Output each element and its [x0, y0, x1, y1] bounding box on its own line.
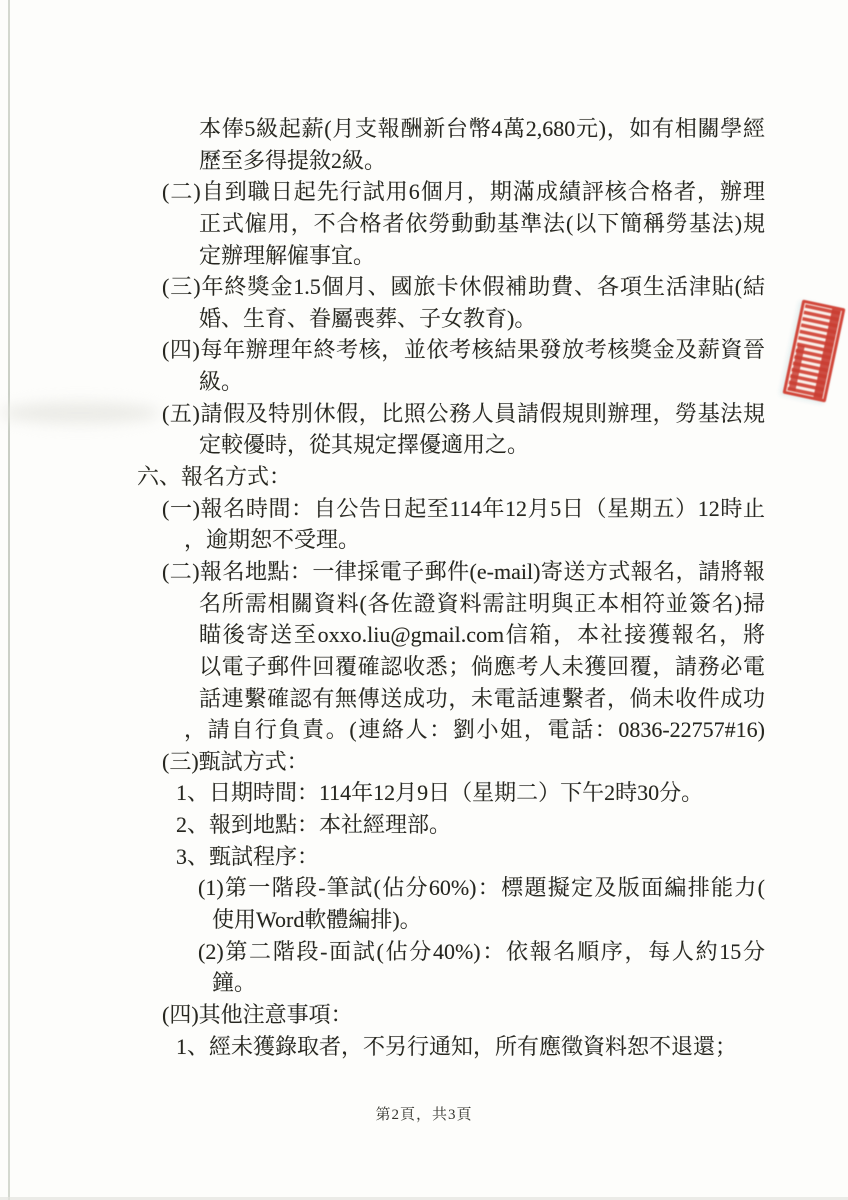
doc-line: (二)自到職日起先行試用6個月，期滿成績評核合格者，辦理 [162, 176, 765, 208]
doc-line: 瞄後寄送至oxxo.liu@gmail.com信箱，本社接獲報名，將 [199, 619, 765, 651]
doc-line: 鐘。 [212, 967, 848, 999]
doc-line: 話連繫確認有無傳送成功，未電話連繫者，倘未收件成功 [199, 683, 765, 715]
doc-line: (三)年終獎金1.5個月、國旅卡休假補助費、各項生活津貼(結 [162, 271, 765, 303]
doc-line: ，逾期恕不受理。 [184, 524, 848, 556]
document-body: 本俸5級起薪(月支報酬新台幣4萬2,680元)，如有相關學經 歷至多得提敘2級。… [0, 113, 848, 1062]
doc-line: 級。 [199, 366, 848, 398]
scanned-page: 本俸5級起薪(月支報酬新台幣4萬2,680元)，如有相關學經 歷至多得提敘2級。… [0, 0, 848, 1200]
doc-line: (三)甄試方式： [162, 746, 848, 778]
doc-line: 名所需相關資料(各佐證資料需註明與正本相符並簽名)掃 [199, 588, 765, 620]
doc-line: (五)請假及特別休假，比照公務人員請假規則辦理，勞基法規 [162, 398, 765, 430]
doc-line: 以電子郵件回覆確認收悉；倘應考人未獲回覆，請務必電 [199, 651, 765, 683]
doc-line: 1、經未獲錄取者，不另行通知，所有應徵資料恕不退還； [176, 1031, 848, 1063]
doc-line: 本俸5級起薪(月支報酬新台幣4萬2,680元)，如有相關學經 [199, 113, 765, 145]
doc-line: ，請自行負責。(連絡人：劉小姐，電話：0836-22757#16) [184, 714, 765, 746]
doc-line: (2)第二階段-面試(佔分40%)：依報名順序，每人約15分 [198, 936, 765, 968]
doc-line: (四)每年辦理年終考核，並依考核結果發放考核獎金及薪資晉 [162, 334, 765, 366]
doc-line: 3、甄試程序： [176, 841, 848, 873]
page-footer: 第2頁，共3頁 [0, 1103, 848, 1127]
doc-line: 婚、生育、眷屬喪葬、子女教育)。 [199, 303, 848, 335]
doc-line: (1)第一階段-筆試(佔分60%)：標題擬定及版面編排能力( [198, 872, 765, 904]
doc-line: 定辦理解僱事宜。 [199, 240, 848, 272]
doc-line: (四)其他注意事項： [162, 999, 848, 1031]
doc-line: 定較優時，從其規定擇優適用之。 [199, 429, 848, 461]
doc-line: (二)報名地點：一律採電子郵件(e-mail)寄送方式報名，請將報 [162, 556, 765, 588]
doc-line: 1、日期時間：114年12月9日（星期二）下午2時30分。 [176, 777, 848, 809]
doc-line-section: 六、報名方式： [137, 461, 848, 493]
doc-line: (一)報名時間：自公告日起至114年12月5日（星期五）12時止 [162, 493, 765, 525]
doc-line: 使用Word軟體編排)。 [212, 904, 848, 936]
doc-line: 正式僱用，不合格者依勞動動基準法(以下簡稱勞基法)規 [199, 208, 765, 240]
doc-line: 2、報到地點：本社經理部。 [176, 809, 848, 841]
doc-line: 歷至多得提敘2級。 [199, 145, 848, 177]
